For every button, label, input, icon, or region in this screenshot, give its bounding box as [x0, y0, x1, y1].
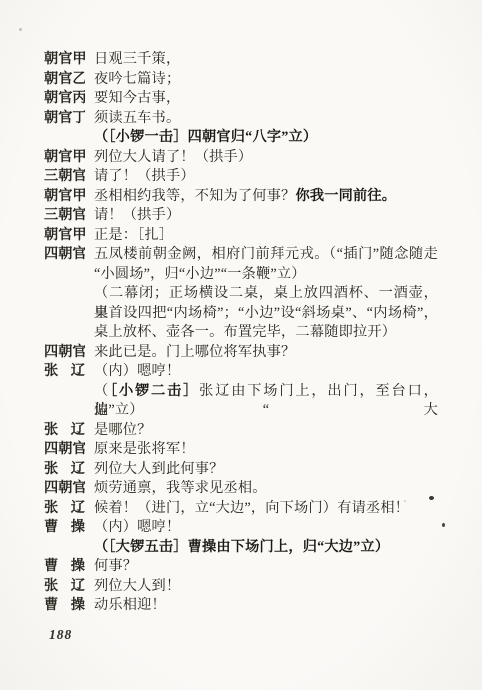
dialogue-text: 是哪位？	[94, 421, 438, 441]
speaker-name: 朝官甲	[44, 226, 85, 246]
dialogue-text: 动乐相迎！	[94, 596, 438, 616]
speaker-name: 四朝官	[44, 343, 85, 363]
speaker-name: 曹操	[44, 518, 85, 538]
speaker-name: 三朝官	[44, 206, 85, 226]
speaker-name: 张辽	[44, 577, 85, 597]
dialogue-text: 正是：［扎］	[94, 226, 438, 246]
script-line: 四朝官五凤楼前朝金阙，相府门前拜元戎。（“插门”随念随走	[44, 245, 438, 265]
dialogue-segment: 列位大人到！	[94, 578, 180, 594]
dialogue-text: 桌上放杯、壶各一。布置完毕，二幕随即拉开）	[94, 323, 438, 343]
script-line: 朝官甲日观三千策，	[44, 50, 438, 70]
script-line: 张辽列位大人到此何事？	[44, 460, 438, 480]
speaker-name: 张辽	[44, 362, 85, 382]
dialogue-text: 五凤楼前朝金阙，相府门前拜元戎。（“插门”随念随走	[94, 245, 438, 265]
dialogue-segment: 日观三千策，	[94, 51, 180, 67]
dialogue-segment: 请！（拱手）	[94, 207, 180, 223]
speaker-name: 张辽	[44, 460, 85, 480]
dialogue-segment: 候着！（进门，立“大边”，向下场门）有请丞相！	[94, 500, 409, 516]
script-line: 三朝官请了！（拱手）	[44, 167, 438, 187]
script-line: 张辽（内）嗯哼！	[44, 362, 438, 382]
dialogue-text: 丞相相约我等，不知为了何事？你我一同前往。	[94, 187, 438, 207]
script-line: （［小锣二击］张辽由下场门上，出门，至台口，偏“大	[44, 382, 438, 402]
dialogue-segment: 烦劳通禀，我等求见丞相。	[94, 480, 267, 496]
dialogue-segment: 原来是张将军！	[94, 441, 195, 457]
dialogue-text: 原来是张将军！	[94, 440, 438, 460]
dialogue-text: （内）嗯哼！	[94, 362, 438, 382]
speaker-name: 曹操	[44, 596, 85, 616]
dialogue-segment: 请了！（拱手）	[94, 168, 195, 184]
speaker-name: 朝官甲	[44, 148, 85, 168]
dialogue-text: （内）嗯哼！	[94, 518, 438, 538]
scanned-script-page: 朝官甲日观三千策，朝官乙夜吟七篇诗；朝官丙要知今古事，朝官丁须读五车书。（［小锣…	[0, 0, 482, 690]
dialogue-text: 列位大人到此何事？	[94, 460, 438, 480]
dialogue-text: “小圆场”，归“小边”“一条鞭”立）	[94, 265, 438, 285]
dialogue-segment: 里首设四把“内场椅”；“小边”设“斜场桌”、“内场椅”，	[94, 305, 438, 321]
speaker-name: 三朝官	[44, 167, 85, 187]
script-line: 朝官乙夜吟七篇诗；	[44, 70, 438, 90]
script-line: 朝官甲正是：［扎］	[44, 226, 438, 246]
script-line: 曹操（内）嗯哼！	[44, 518, 438, 538]
dialogue-segment: （内）嗯哼！	[94, 363, 180, 379]
script-body: 朝官甲日观三千策，朝官乙夜吟七篇诗；朝官丙要知今古事，朝官丁须读五车书。（［小锣…	[44, 50, 438, 616]
script-line: （二幕闭；正场横设二桌，桌上放四酒杯、一酒壶，桌	[44, 284, 438, 304]
script-line: 四朝官原来是张将军！	[44, 440, 438, 460]
dialogue-segment: 夜吟七篇诗；	[94, 71, 180, 87]
dialogue-segment: 列位大人请了！（拱手）	[94, 149, 252, 165]
dialogue-text: 来此已是。门上哪位将军执事？	[94, 343, 438, 363]
dialogue-text: 何事？	[94, 557, 438, 577]
dialogue-segment-bold: 你我一同前往。	[295, 188, 396, 204]
script-line: 里首设四把“内场椅”；“小边”设“斜场桌”、“内场椅”，	[44, 304, 438, 324]
dialogue-segment: （	[94, 383, 110, 399]
dialogue-segment-bold: （［大锣五击］曹操由下场门上，归“大边”立）	[94, 539, 389, 555]
dialogue-segment: 何事？	[94, 558, 137, 574]
speaker-name: 朝官甲	[44, 50, 85, 70]
dialogue-text: 须读五车书。	[94, 109, 438, 129]
dialogue-segment: 动乐相迎！	[94, 597, 166, 613]
ink-speck	[19, 28, 22, 31]
speaker-name: 朝官丙	[44, 89, 85, 109]
script-line: “小圆场”，归“小边”“一条鞭”立）	[44, 265, 438, 285]
page-number: 188	[49, 627, 72, 643]
dialogue-text: 里首设四把“内场椅”；“小边”设“斜场桌”、“内场椅”，	[94, 304, 438, 324]
script-line: 桌上放杯、壶各一。布置完毕，二幕随即拉开）	[44, 323, 438, 343]
speaker-name: 张辽	[44, 499, 85, 519]
dialogue-text: 日观三千策，	[94, 50, 438, 70]
script-line: 张辽是哪位？	[44, 421, 438, 441]
script-line: （［小锣一击］四朝官归“八字”立）	[44, 128, 438, 148]
dialogue-text: （［小锣一击］四朝官归“八字”立）	[94, 128, 438, 148]
script-line: 张辽列位大人到！	[44, 577, 438, 597]
script-line: 朝官甲丞相相约我等，不知为了何事？你我一同前往。	[44, 187, 438, 207]
dialogue-segment: 正是：［扎］	[94, 227, 173, 243]
dialogue-segment: 要知今古事，	[94, 90, 180, 106]
dialogue-text: 请了！（拱手）	[94, 167, 438, 187]
dialogue-segment-bold: （［小锣一击］四朝官归“八字”立）	[94, 129, 317, 145]
dialogue-text: 列位大人请了！（拱手）	[94, 148, 438, 168]
script-line: （［大锣五击］曹操由下场门上，归“大边”立）	[44, 538, 438, 558]
ink-speck	[442, 523, 445, 527]
speaker-name: 朝官乙	[44, 70, 85, 90]
script-line: 曹操动乐相迎！	[44, 596, 438, 616]
dialogue-segment: 五凤楼前朝金阙，相府门前拜元戎。（“插门”随念随走	[94, 246, 438, 262]
script-line: 三朝官请！（拱手）	[44, 206, 438, 226]
dialogue-text: 要知今古事，	[94, 89, 438, 109]
dialogue-text: 候着！（进门，立“大边”，向下场门）有请丞相！	[94, 499, 438, 519]
script-line: 张辽候着！（进门，立“大边”，向下场门）有请丞相！	[44, 499, 438, 519]
dialogue-text: 夜吟七篇诗；	[94, 70, 438, 90]
dialogue-segment: 来此已是。门上哪位将军执事？	[94, 344, 295, 360]
dialogue-segment: 须读五车书。	[94, 110, 180, 126]
dialogue-text: 烦劳通禀，我等求见丞相。	[94, 479, 438, 499]
script-line: 四朝官来此已是。门上哪位将军执事？	[44, 343, 438, 363]
dialogue-segment: 列位大人到此何事？	[94, 461, 224, 477]
speaker-name: 四朝官	[44, 440, 85, 460]
script-line: 朝官甲列位大人请了！（拱手）	[44, 148, 438, 168]
script-line: 朝官丙要知今古事，	[44, 89, 438, 109]
speaker-name: 四朝官	[44, 479, 85, 499]
dialogue-segment-bold: ［小锣二击］	[110, 383, 199, 399]
speaker-name: 张辽	[44, 421, 85, 441]
speaker-name: 朝官丁	[44, 109, 85, 129]
script-line: 四朝官烦劳通禀，我等求见丞相。	[44, 479, 438, 499]
script-line: 边”立）	[44, 401, 438, 421]
speaker-name: 朝官甲	[44, 187, 85, 207]
dialogue-segment: （内）嗯哼！	[94, 519, 180, 535]
speaker-name: 曹操	[44, 557, 85, 577]
dialogue-text: 边”立）	[94, 401, 438, 421]
dialogue-segment: “小圆场”，归“小边”“一条鞭”立）	[94, 266, 306, 282]
dialogue-segment: 丞相相约我等，不知为了何事？	[94, 188, 295, 204]
dialogue-segment: 是哪位？	[94, 422, 152, 438]
script-line: 朝官丁须读五车书。	[44, 109, 438, 129]
dialogue-segment: 桌上放杯、壶各一。布置完毕，二幕随即拉开）	[94, 324, 396, 340]
script-line: 曹操何事？	[44, 557, 438, 577]
speaker-name: 四朝官	[44, 245, 85, 265]
dialogue-segment: 边”立）	[94, 402, 144, 418]
dialogue-text: （［大锣五击］曹操由下场门上，归“大边”立）	[94, 538, 438, 558]
dialogue-text: 请！（拱手）	[94, 206, 438, 226]
dialogue-text: 列位大人到！	[94, 577, 438, 597]
